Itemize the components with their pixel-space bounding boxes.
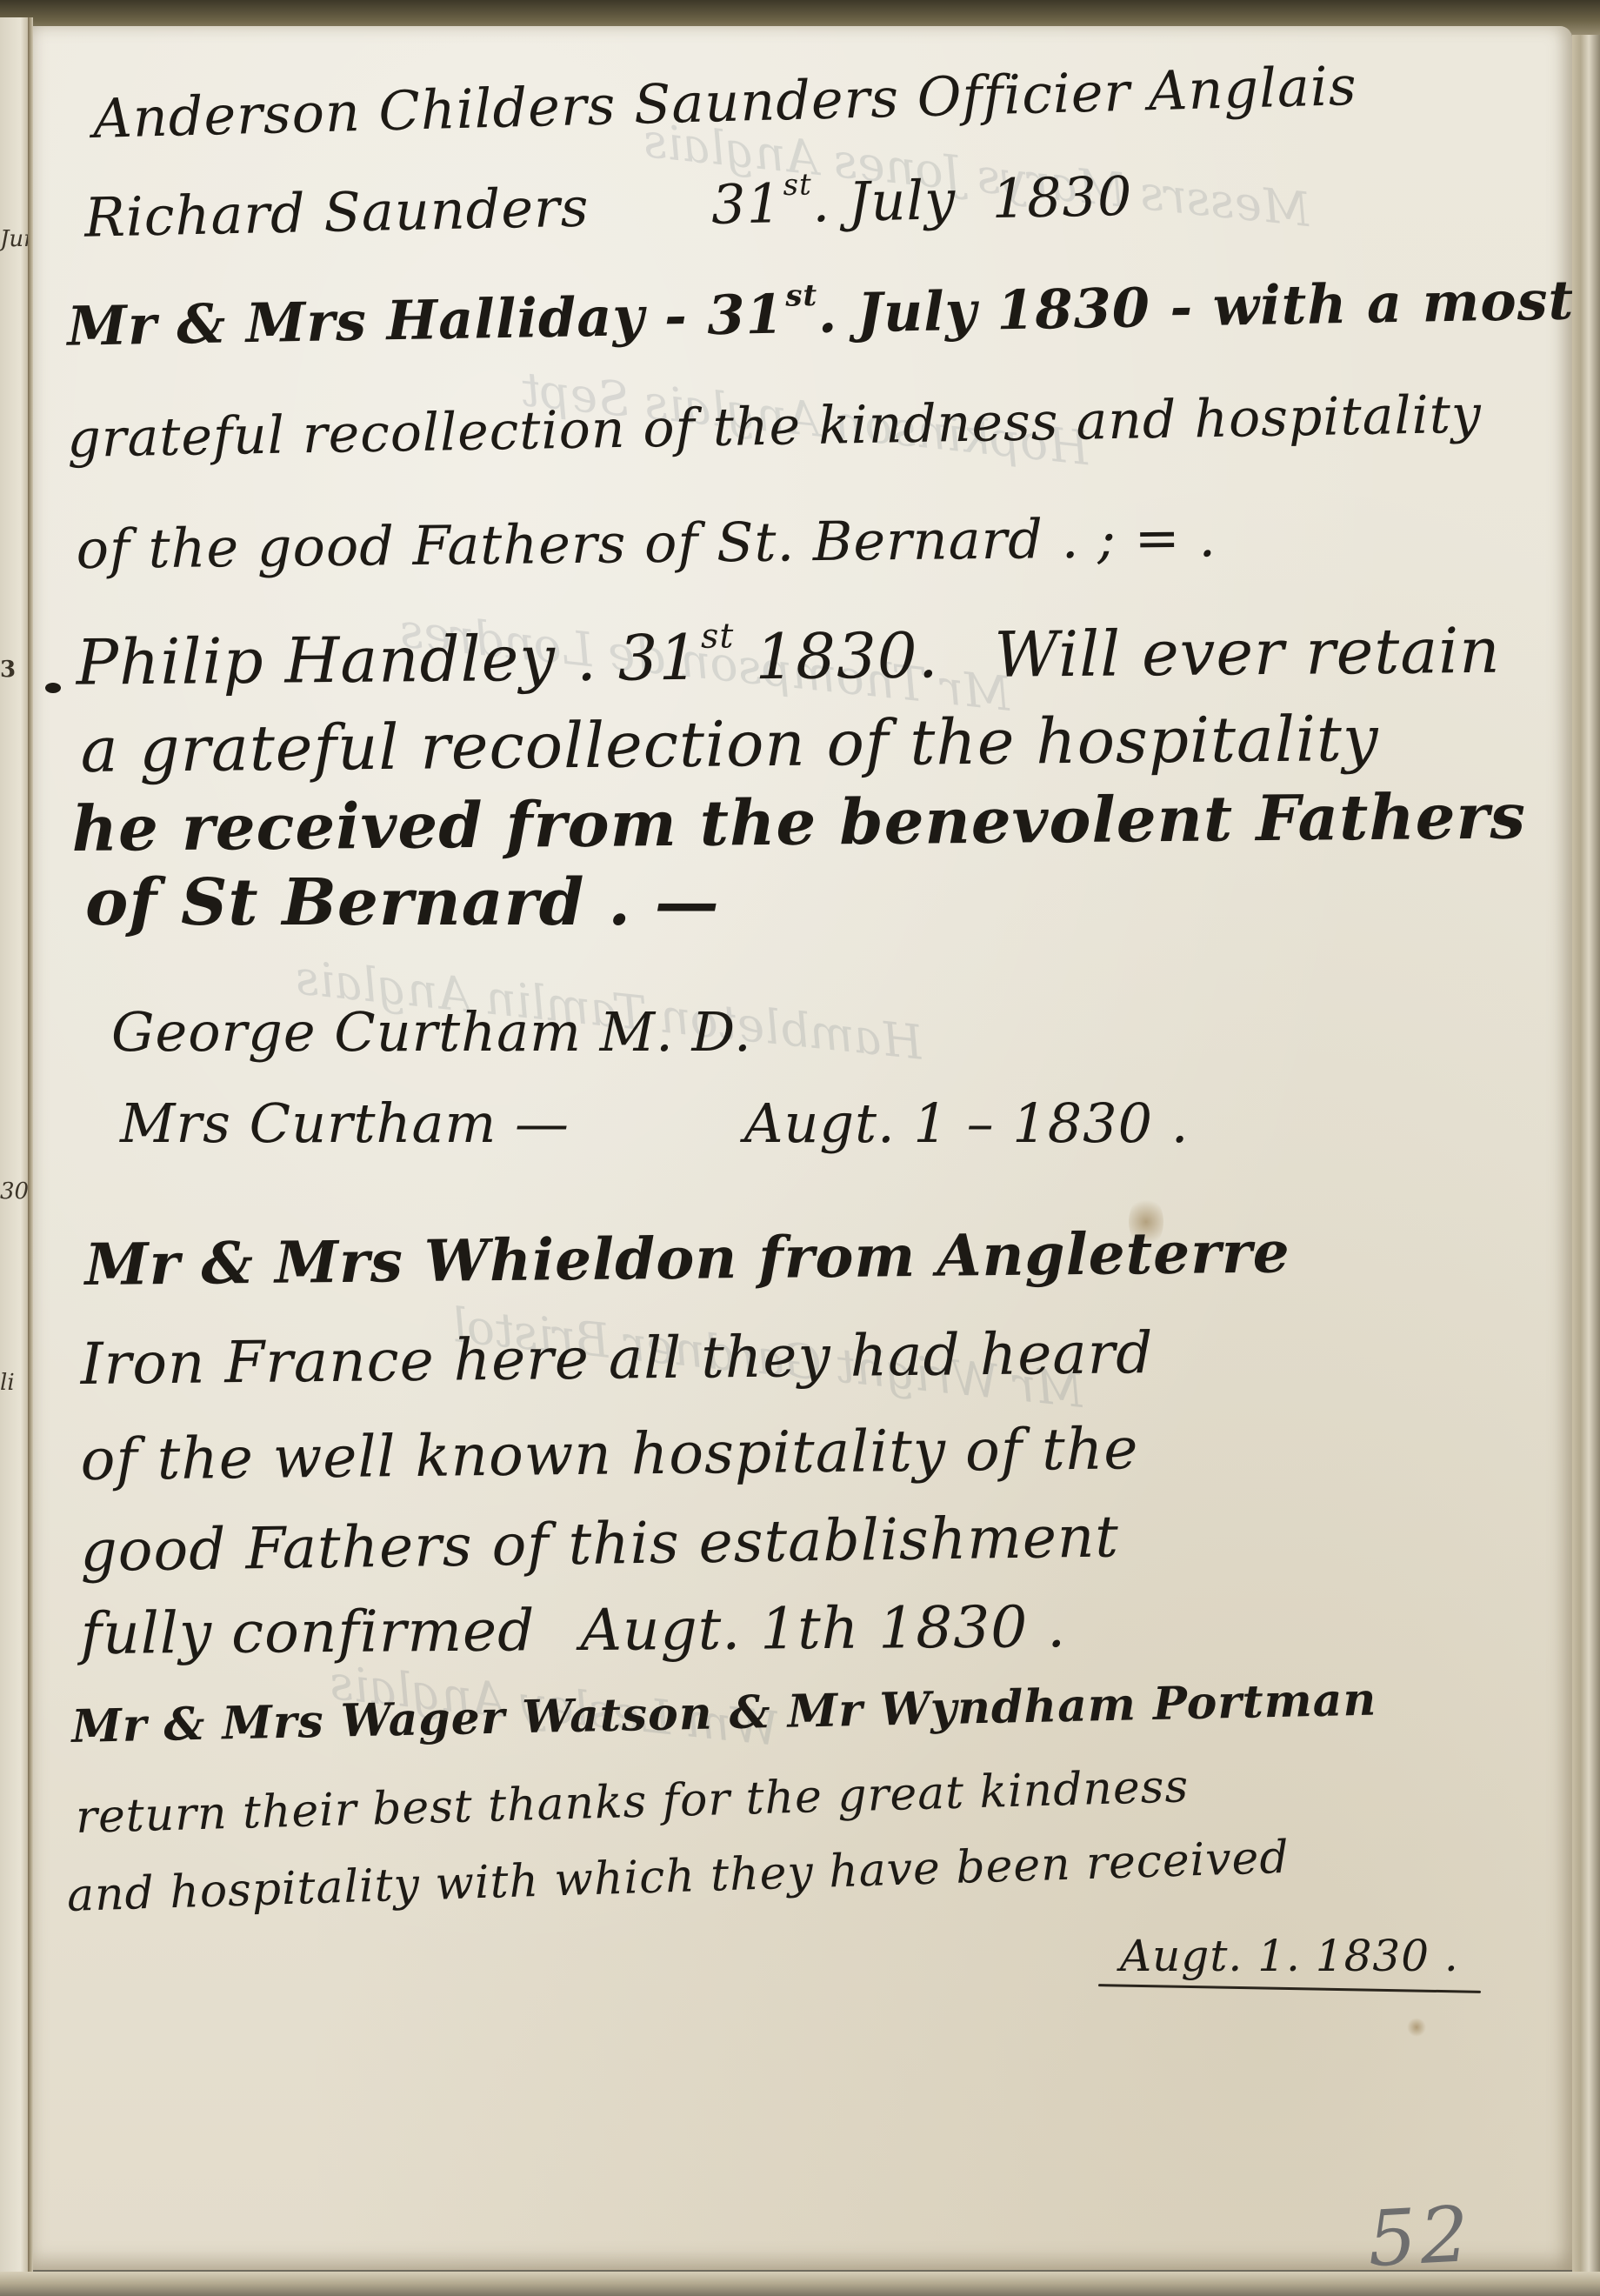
- page-number: 52: [1365, 2189, 1474, 2284]
- entry-saunders-line-1: Anderson Childers Saunders Officier Angl…: [92, 54, 1357, 150]
- entry-date: - 31st. July 1830 -: [663, 275, 1213, 348]
- entry-date: . 31st 1830.: [556, 618, 960, 695]
- entry-halliday-line-1: Mr & Mrs Halliday - 31st. July 1830 - wi…: [67, 265, 1575, 358]
- signer-name: Philip Handley: [76, 622, 556, 699]
- entry-handley-line-1: Philip Handley . 31st 1830. Will ever re…: [76, 610, 1501, 699]
- page-edges-bottom: [0, 2272, 1600, 2296]
- entry-date: Augt. 1th 1830 .: [580, 1593, 1066, 1664]
- entry-date: Augt. 1. 1830 .: [1120, 1931, 1459, 1981]
- entry-whieldon-line-3: of the well known hospitality of the: [80, 1415, 1138, 1493]
- underline-rule: [1098, 1984, 1481, 1993]
- entry-watson-line-2: return their best thanks for the great k…: [75, 1760, 1190, 1844]
- margin-fragment: 3: [0, 657, 16, 683]
- entry-handley-line-3: he received from the benevolent Fathers: [71, 778, 1526, 865]
- signer-name: Mr & Mrs Halliday: [67, 284, 645, 358]
- entry-halliday-line-2: grateful recollection of the kindness an…: [67, 384, 1483, 470]
- entry-handley-line-2: a grateful recollection of the hospitali…: [80, 702, 1379, 786]
- page-edges-right: [1572, 35, 1600, 2296]
- entry-date: 31st. July 1830: [710, 164, 1133, 236]
- margin-fragment: Jun.: [0, 226, 30, 252]
- entry-whieldon-line-1: Mr & Mrs Whieldon from Angleterre: [84, 1218, 1290, 1298]
- entry-whieldon-line-5: fully confirmed Augt. 1th 1830 .: [80, 1593, 1066, 1667]
- entry-curtham-line-1: George Curtham M. D.: [111, 1000, 752, 1064]
- entry-saunders-line-2: Richard Saunders 31st. July 1830: [83, 161, 1133, 250]
- manuscript-page: Messrs Marys Jones Anglais Hopkinson Ang…: [33, 26, 1572, 2270]
- entry-curtham-line-2: Mrs Curtham — Augt. 1 – 1830 .: [120, 1091, 1189, 1155]
- margin-fragment: 30: [0, 1178, 29, 1205]
- signer-name: Mrs Curtham —: [120, 1091, 570, 1155]
- margin-fragment: li: [0, 1370, 15, 1396]
- ink-blot: [45, 683, 61, 693]
- entry-watson-line-1: Mr & Mrs Wager Watson & Mr Wyndham Portm…: [71, 1673, 1377, 1753]
- entry-whieldon-line-4: good Fathers of this establishment: [80, 1503, 1120, 1585]
- signer-name: Richard Saunders: [83, 176, 590, 250]
- facing-page-margin: Jun. 3 30 li: [0, 17, 30, 2279]
- ink-stain: [1407, 2018, 1426, 2037]
- entry-watson-line-3: and hospitality with which they have bee…: [66, 1832, 1290, 1922]
- entry-handley-line-4: of St Bernard . —: [85, 865, 720, 940]
- entry-halliday-line-3: of the good Fathers of St. Bernard . ; =…: [76, 505, 1217, 581]
- entry-date: Augt. 1 – 1830 .: [744, 1091, 1190, 1155]
- entry-whieldon-line-2: Iron France here all they had heard: [80, 1319, 1154, 1398]
